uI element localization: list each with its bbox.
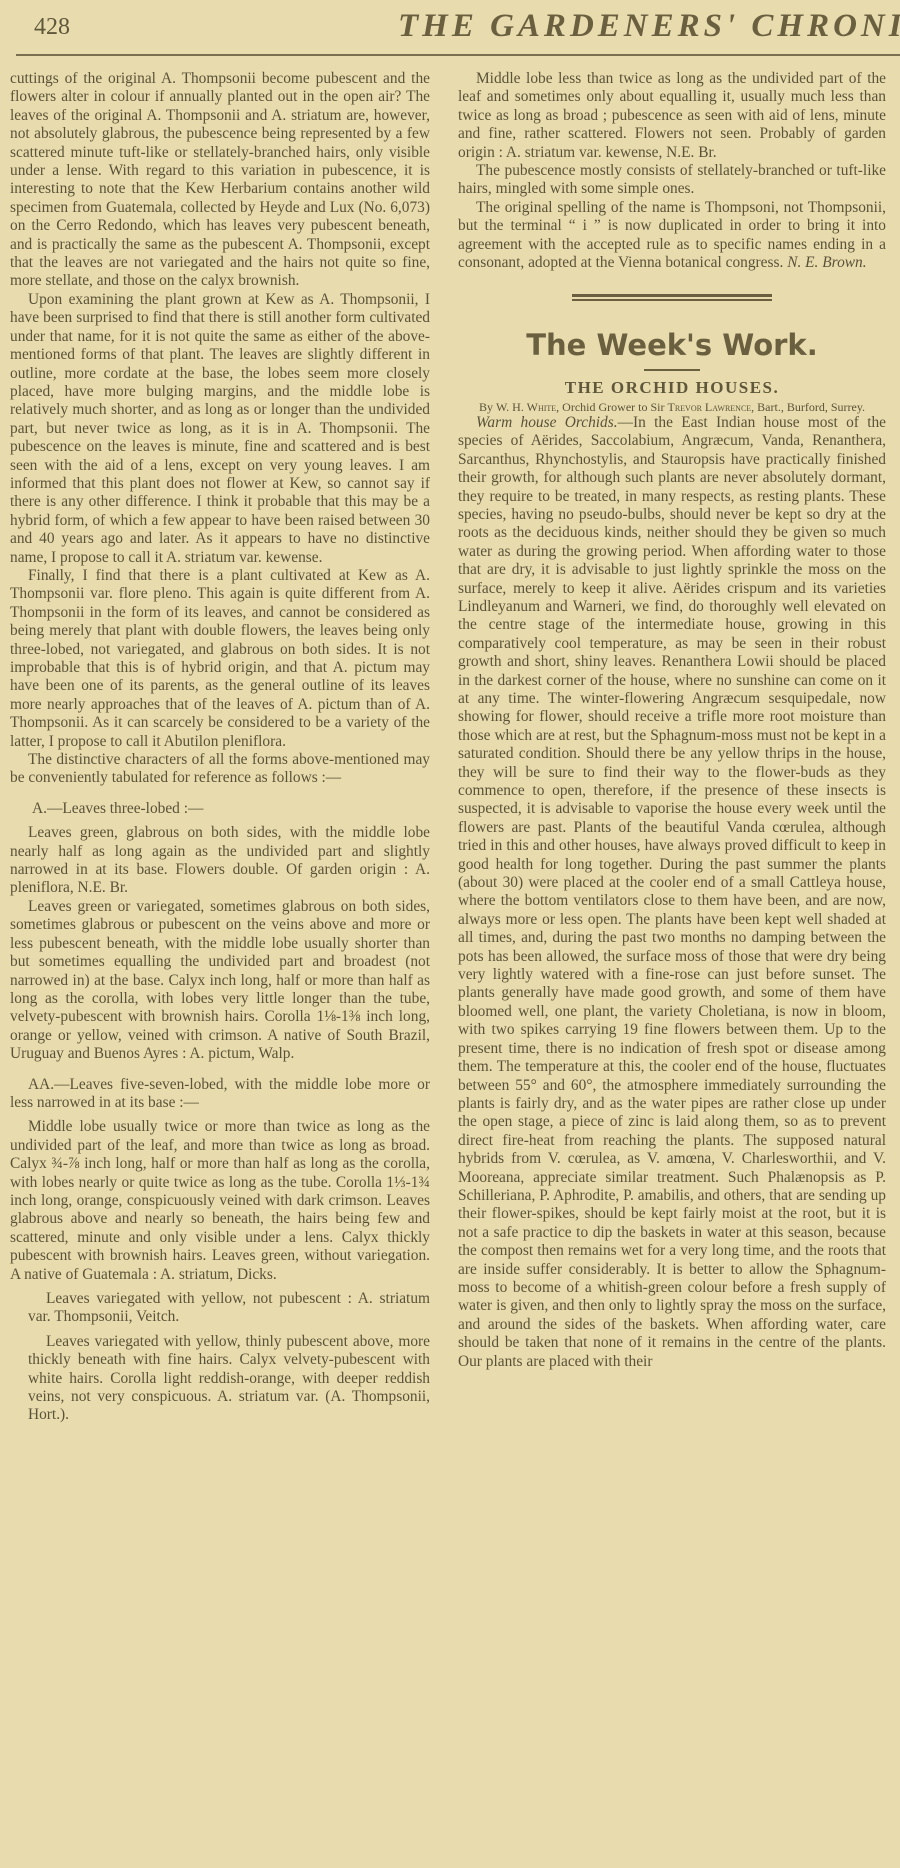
paragraph: Middle lobe less than twice as long as t… bbox=[458, 70, 886, 162]
byline-prefix: By bbox=[479, 400, 493, 414]
article-text: —In the East Indian house most of the sp… bbox=[458, 414, 886, 1370]
journal-title: THE GARDENERS' CHRONICLE bbox=[398, 8, 900, 45]
subsection-title: THE ORCHID HOUSES. bbox=[458, 379, 886, 397]
key-item: Leaves green, glabrous on both sides, wi… bbox=[10, 824, 430, 898]
left-column: cuttings of the original A. Thompsonii b… bbox=[10, 70, 430, 1425]
header-rule bbox=[16, 54, 900, 56]
byline: By W. H. White, Orchid Grower to Sir Tre… bbox=[458, 400, 886, 414]
key-item: Leaves green or variegated, sometimes gl… bbox=[10, 898, 430, 1064]
title-rule bbox=[644, 369, 700, 371]
article-lead: Warm house Orchids. bbox=[476, 414, 618, 431]
newspaper-page: 428 THE GARDENERS' CHRONICLE cuttings of… bbox=[0, 0, 900, 1868]
article-body: Warm house Orchids.—In the East Indian h… bbox=[458, 414, 886, 1371]
byline-role: , Orchid Grower to Sir bbox=[556, 400, 664, 414]
key-heading-aa: AA.—Leaves five-seven-lobed, with the mi… bbox=[10, 1076, 430, 1113]
byline-location: , Bart., Burford, Surrey. bbox=[751, 400, 865, 414]
byline-patron: Trevor Lawrence bbox=[667, 400, 751, 414]
right-column: Middle lobe less than twice as long as t… bbox=[458, 70, 886, 1371]
page-number: 428 bbox=[34, 14, 70, 41]
section-divider bbox=[572, 294, 772, 301]
paragraph: The original spelling of the name is Tho… bbox=[458, 199, 886, 273]
key-sub-item: Leaves variegated with yellow, not pubes… bbox=[28, 1290, 430, 1327]
paragraph: The distinctive characters of all the fo… bbox=[10, 751, 430, 788]
author-signature: N. E. Brown. bbox=[787, 254, 866, 271]
paragraph: Finally, I find that there is a plant cu… bbox=[10, 567, 430, 751]
page-header: 428 THE GARDENERS' CHRONICLE bbox=[0, 0, 900, 56]
byline-author: W. H. White bbox=[496, 400, 556, 414]
key-item: Middle lobe usually twice or more than t… bbox=[10, 1118, 430, 1284]
section-title: The Week's Work. bbox=[458, 327, 886, 363]
paragraph: cuttings of the original A. Thompsonii b… bbox=[10, 70, 430, 291]
key-heading-a: A.—Leaves three-lobed :— bbox=[10, 800, 430, 818]
key-sub-item: Leaves variegated with yellow, thinly pu… bbox=[28, 1333, 430, 1425]
paragraph: Upon examining the plant grown at Kew as… bbox=[10, 291, 430, 567]
paragraph: The pubescence mostly consists of stella… bbox=[458, 162, 886, 199]
